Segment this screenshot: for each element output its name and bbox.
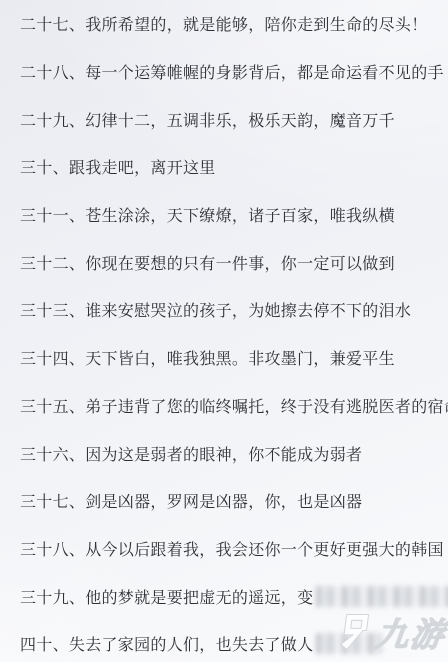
list-item: 三十七、剑是凶器，罗网是凶器，你，也是凶器	[0, 477, 448, 525]
quote-text: 二十七、我所希望的，就是能够，陪你走到生命的尽头！	[20, 12, 428, 35]
quote-text: 三十八、从今以后跟着我，我会还你一个更好更强大的韩国	[20, 537, 444, 560]
quote-text: 三十七、剑是凶器，罗网是凶器，你，也是凶器	[20, 489, 362, 512]
redacted-text-blur	[316, 586, 448, 607]
list-item: 二十八、每一个运筹帷幄的身影背后，都是命运看不见的手	[0, 48, 448, 96]
quote-text: 三十一、苍生涂涂，天下缭燎，诸子百家，唯我纵横	[20, 203, 395, 226]
quote-text: 三十二、你现在要想的只有一件事，你一定可以做到	[20, 251, 395, 274]
list-item: 三十三、谁来安慰哭泣的孩子，为她擦去停不下的泪水	[0, 286, 448, 334]
quote-text: 三十九、他的梦就是要把虚无的遥远，变	[20, 585, 313, 608]
quote-text: 四十、失去了家园的人们，也失去了做人	[20, 632, 313, 655]
list-item: 二十九、幻律十二，五调非乐，极乐天韵，魔音万千	[0, 95, 448, 143]
list-item: 三十二、你现在要想的只有一件事，你一定可以做到	[0, 238, 448, 286]
list-item: 三十五、弟子违背了您的临终嘱托，终于没有逃脱医者的宿命	[0, 382, 448, 430]
quote-text: 三十六、因为这是弱者的眼神，你不能成为弱者	[20, 442, 362, 465]
quote-list: 二十七、我所希望的，就是能够，陪你走到生命的尽头！ 二十八、每一个运筹帷幄的身影…	[0, 0, 448, 662]
list-item: 三十四、天下皆白，唯我独黑。非攻墨门，兼爱平生	[0, 334, 448, 382]
list-item: 三十九、他的梦就是要把虚无的遥远，变	[0, 572, 448, 620]
quote-text: 三十五、弟子违背了您的临终嘱托，终于没有逃脱医者的宿命	[20, 394, 448, 417]
list-item: 三十六、因为这是弱者的眼神，你不能成为弱者	[0, 429, 448, 477]
quote-text: 二十九、幻律十二，五调非乐，极乐天韵，魔音万千	[20, 108, 395, 131]
list-item: 三十八、从今以后跟着我，我会还你一个更好更强大的韩国	[0, 525, 448, 573]
quote-text: 三十、跟我走吧，离开这里	[20, 155, 216, 178]
list-item: 四十、失去了家园的人们，也失去了做人	[0, 620, 448, 662]
list-item: 三十、跟我走吧，离开这里	[0, 143, 448, 191]
quote-text: 三十四、天下皆白，唯我独黑。非攻墨门，兼爱平生	[20, 346, 395, 369]
list-item: 三十一、苍生涂涂，天下缭燎，诸子百家，唯我纵横	[0, 191, 448, 239]
quote-text: 三十三、谁来安慰哭泣的孩子，为她擦去停不下的泪水	[20, 298, 411, 321]
quote-text: 二十八、每一个运筹帷幄的身影背后，都是命运看不见的手	[20, 60, 444, 83]
list-item: 二十七、我所希望的，就是能够，陪你走到生命的尽头！	[0, 0, 448, 48]
redacted-text-blur	[316, 633, 382, 654]
quotes-page: 二十七、我所希望的，就是能够，陪你走到生命的尽头！ 二十八、每一个运筹帷幄的身影…	[0, 0, 448, 662]
